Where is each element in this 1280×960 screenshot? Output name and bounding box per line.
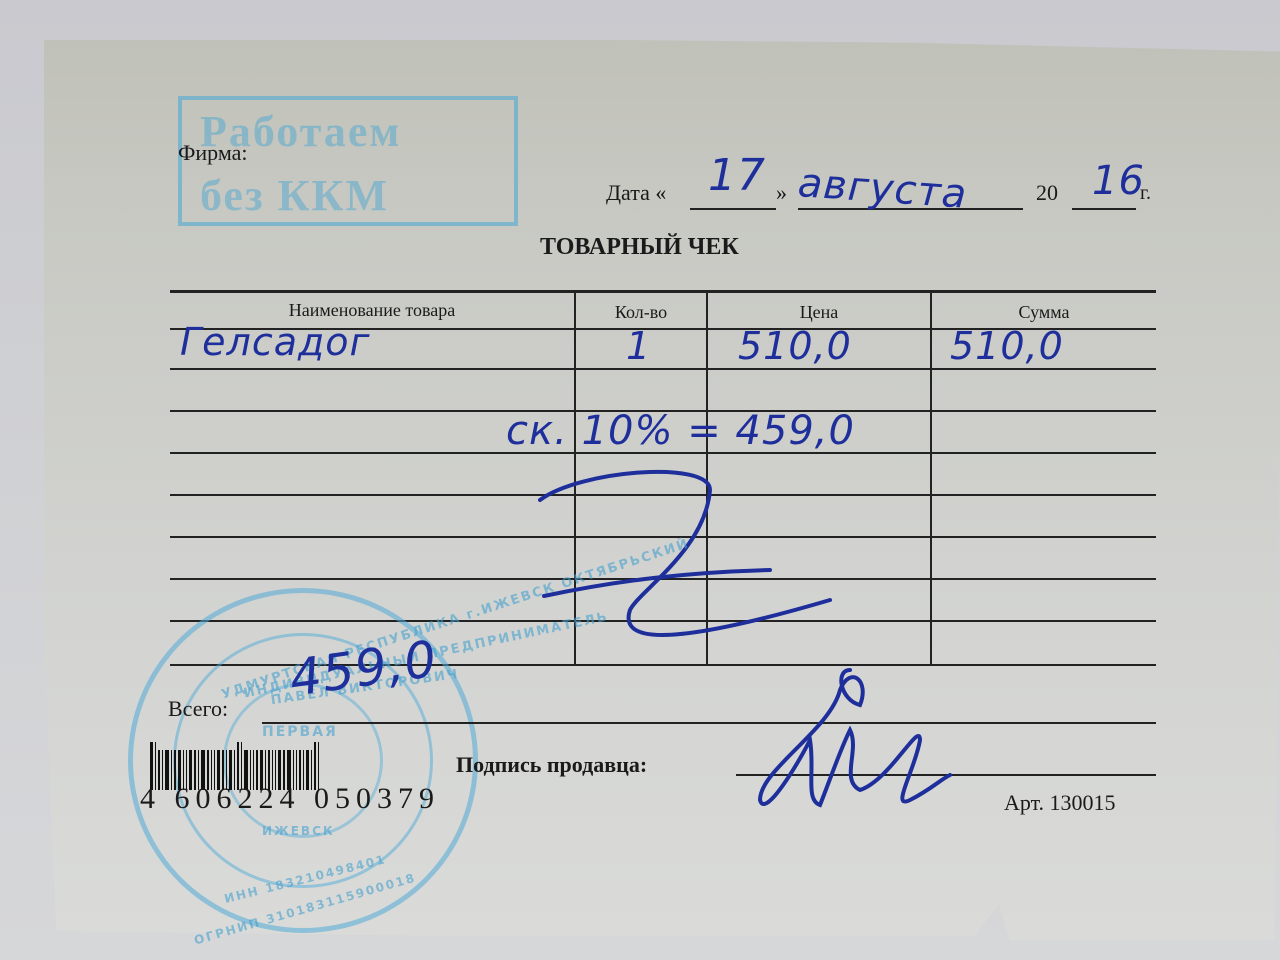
table-row-line [170,368,1156,370]
receipt-title: ТОВАРНЫЙ ЧЕК [540,234,739,261]
item-name: Гелсадог [180,320,371,364]
total-underline [262,722,1156,724]
date-prefix: Дата « [606,180,666,206]
header-qty: Кол-во [576,302,706,323]
header-sum: Сумма [932,302,1156,323]
discount-note: ск. 10% = 459,0 [506,408,855,454]
firm-label: Фирма: [178,140,247,166]
stamp-center-top: ПЕРВАЯ [262,724,338,740]
table-border-top [170,290,1156,293]
stamp-center-bottom: ИЖЕВСК [262,824,335,838]
rect-stamp-line2: без ККМ [200,172,514,220]
date-mid: » [776,180,787,206]
item-qty: 1 [626,324,651,368]
signature-label: Подпись продавца: [456,752,647,778]
total-label: Всего: [168,696,228,722]
item-sum: 510,0 [950,324,1064,368]
table-col-divider [930,290,932,666]
date-year-unit: г. [1140,182,1151,205]
date-day-underline [690,208,776,210]
date-year-prefix: 20 [1036,180,1058,206]
header-price: Цена [708,302,930,323]
header-name: Наименование товара [170,300,574,321]
article-number: Арт. 130015 [1004,790,1116,816]
date-year-underline [1072,208,1136,210]
barcode-number: 4 606224 050379 [140,782,440,816]
date-day: 17 [708,150,766,201]
seller-signature [740,660,960,820]
date-year: 16 [1092,158,1145,204]
item-price: 510,0 [738,324,852,368]
